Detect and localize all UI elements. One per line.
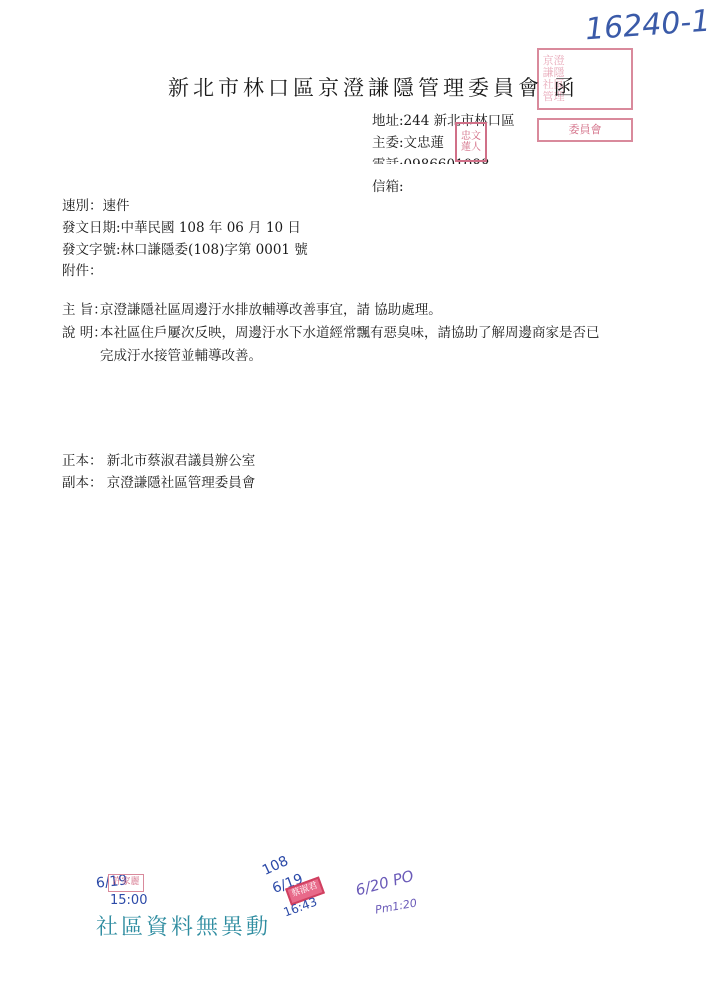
date-field: 發文日期:中華民國 108 年 06 月 10 日: [62, 216, 301, 236]
handwritten-serial-number: 16240-1: [584, 4, 708, 48]
receiver-seal-1: 許家麗: [108, 874, 144, 892]
copy-recipient: 副本： 京澄謙隱社區管理委員會: [62, 471, 255, 491]
chair-seal-text: 忠文蓮人: [459, 131, 483, 153]
attachment-field: 附件：: [62, 259, 103, 279]
document-title: 新北市林口區京澄謙隱管理委員會 函: [168, 72, 579, 102]
annotation-1-time: 15:00: [110, 893, 147, 908]
annotation-2-time: 16:43: [282, 895, 319, 920]
speed-field: 速別：速件: [62, 194, 130, 214]
organization-seal-bottom-text: 委員會: [569, 124, 602, 136]
annotation-3-date: 6/20 PO: [354, 867, 416, 900]
subject-text: 京澄謙隱社區周邊汙水排放輔導改善事宜，請 協助處理。: [100, 298, 442, 318]
main-recipient: 正本： 新北市蔡淑君議員辦公室: [62, 449, 255, 469]
doc-number-field: 發文字號:林口謙隱委(108)字第 0001 號: [62, 238, 308, 258]
contact-address: 地址:244 新北市林口區: [372, 109, 515, 129]
annotation-1-note: 社區資料無異動: [96, 910, 271, 941]
organization-seal-bottom: 委員會: [537, 118, 633, 142]
chair-seal: 忠文蓮人: [455, 122, 487, 162]
description-line-2: 完成汙水接管並輔導改善。: [100, 344, 262, 364]
contact-email: 信箱:: [372, 175, 404, 195]
receiver-seal-1-text: 許家麗: [112, 878, 139, 888]
description-line-1: 本社區住戶屢次反映，周邊汙水下水道經常飄有惡臭味，請協助了解周邊商家是否已: [100, 321, 600, 341]
contact-chair: 主委:文忠蓮: [372, 131, 444, 151]
annotation-3-time: Pm1:20: [374, 896, 418, 916]
